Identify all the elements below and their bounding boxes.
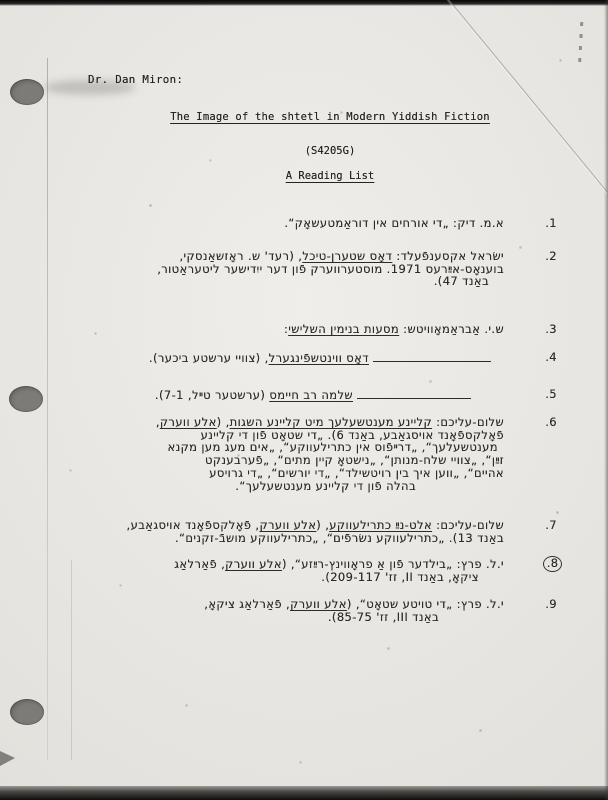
item-number-circled: 8. [543,556,562,572]
underlined-title: דאָס ווינטשפֿינגערל [269,351,369,365]
item-line: שלמה רב חיימס (ערשטער טײל, 7-1). [74,388,471,402]
item-text: באַנד 47). [434,274,489,288]
scanned-page: { "page": { "byline": "Dr. Dan Miron:", … [0,0,608,800]
item-number: 1. [545,217,557,230]
item-number: 6. [545,416,557,429]
hole-punch [10,699,44,725]
fold-line-secondary [71,560,72,760]
item-text: , (צוויי ערשטע ביכער). [149,351,269,365]
hole-punch [9,386,43,412]
hole-punch [10,79,44,105]
item-text: ש.י. אַבראַמאָוויטש: [399,322,504,336]
ditto-rule [357,388,471,399]
item-number: 4. [545,351,557,364]
list-item: 9.י.ל. פרץ: „די טויטע שטאָט“, (אלע ווערק… [74,598,530,623]
fold-line [47,58,48,760]
item-line: דאָס ווינטשפֿינגערל, (צוויי ערשטע ביכער)… [74,351,491,365]
course-code: (S4205G) [52,145,608,157]
item-line: א.מ. דיק: „די אורחים אין דוראַמטעשאָק“. [74,217,504,230]
list-item: 2.ישׂראל אקסענפֿעלד: דאָס שטערן-טיכל, (ר… [74,250,530,288]
byline: Dr. Dan Miron: [88,73,183,86]
pencil-marks [578,22,584,70]
ditto-rule [373,351,491,362]
scan-bottom-edge [0,786,608,800]
list-item: 3.ש.י. אַבראַמאָוויטש: מסעות בנימין השלי… [74,323,530,336]
item-line: בהלה פֿון די קליינע מענטשעלעך“. [74,480,416,493]
item-text: , פֿאַרלאַג [174,557,225,571]
item-line: י.ל. פרץ: „די טויטע שטאָט“, (אלע ווערק, … [74,598,504,611]
scan-top-edge [0,0,608,6]
item-line: באַנד 47). [74,275,489,288]
item-text: (ערשטער טײל, 7-1). [155,388,269,402]
list-item: 7.שלום-עליכם: אלט-נײַ כתרילעווקע, (אלע ו… [74,519,530,544]
corner-shadow [0,751,15,766]
item-number: 9. [545,598,557,611]
underlined-title: שלמה רב חיימס [269,388,353,402]
item-text: א.מ. דיק: „די אורחים אין דוראַמטעשאָק“. [284,216,504,230]
item-text: באַנד 13). „כתרילעווקע נשׂרפֿים“, „כתריל… [175,531,504,545]
item-line: ציקאָ, באַנד II, זז' 209-117). [74,571,479,584]
item-text: , פֿאַרלאַג ציקאָ, [204,597,290,611]
item-line: באַנד III, זז' 85-75). [74,611,439,624]
list-subtitle: A Reading List [52,170,608,182]
item-text: בהלה פֿון די קליינע מענטשעלעך“. [235,479,416,493]
list-item: 5. שלמה רב חיימס (ערשטער טײל, 7-1). [74,388,530,402]
item-number: 3. [545,323,557,336]
item-number: 2. [545,250,557,263]
underlined-title: מסעות בנימין השלישי [288,322,399,336]
list-item: 8.י.ל. פרץ: „בילדער פֿון אַ פראָווינץ-רײ… [74,558,530,583]
item-line: ש.י. אַבראַמאָוויטש: מסעות בנימין השלישי… [74,323,504,336]
item-text: ציקאָ, באַנד II, זז' 209-117). [321,570,479,584]
crease-line [447,0,608,193]
underlined-title: אלע ווערק [225,557,282,571]
list-item: 1.א.מ. דיק: „די אורחים אין דוראַמטעשאָק“… [74,217,530,230]
item-line: באַנד 13). „כתרילעווקע נשׂרפֿים“, „כתריל… [74,532,504,545]
page-title: The Image of the shtetl in Modern Yiddis… [52,111,608,123]
item-number: 7. [545,519,557,532]
item-text: באַנד III, זז' 85-75). [328,610,439,624]
list-item: 4. דאָס ווינטשפֿינגערל, (צוויי ערשטע ביכ… [74,351,530,365]
item-number: 5. [545,388,557,401]
paper-speckles [0,0,1,1]
list-item: 6.שלום-עליכם: קליינע מענטשעלעך מיט קליינ… [74,416,530,492]
